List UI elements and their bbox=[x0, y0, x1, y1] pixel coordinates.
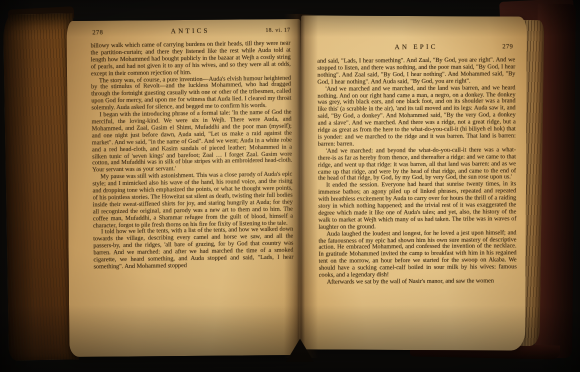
running-head-right: AN EPIC bbox=[317, 43, 515, 51]
left-page-content: 278 ANTICS 18. vi. 17 billowy walk which… bbox=[90, 27, 293, 272]
left-page-header: 278 ANTICS 18. vi. 17 bbox=[90, 27, 290, 39]
paragraph: My pause was still with astonishment. Th… bbox=[92, 172, 293, 230]
paragraph: 'And we marched: and beyond the what-do-… bbox=[318, 147, 516, 183]
paragraph: I told how we left the tents, with a lis… bbox=[93, 227, 294, 271]
right-folio: 279 bbox=[502, 43, 513, 50]
chapter-date: 18. vi. 17 bbox=[265, 27, 290, 33]
paragraph: It ended the session. Everyone had heard… bbox=[318, 182, 516, 232]
left-page-text: billowy walk which came of carrying burd… bbox=[91, 41, 294, 272]
running-head-left: ANTICS bbox=[90, 27, 290, 37]
paragraph: I began with the introducing phrase of a… bbox=[91, 110, 292, 175]
paragraph: billowy walk which came of carrying burd… bbox=[91, 41, 291, 78]
right-page-header: AN EPIC 279 bbox=[317, 43, 515, 53]
right-page-text: and said, "Lads, I hear something". And … bbox=[317, 57, 517, 286]
right-page-content: AN EPIC 279 and said, "Lads, I hear some… bbox=[317, 43, 517, 286]
book-photograph: 278 ANTICS 18. vi. 17 billowy walk which… bbox=[0, 0, 580, 372]
paragraph: The story was, of course, a pure inventi… bbox=[91, 75, 291, 112]
paragraph: Afterwards we sat by the wall of Nasir's… bbox=[319, 278, 517, 286]
paragraph: and said, "Lads, I hear something". And … bbox=[317, 57, 515, 86]
paragraph: Auda laughed the loudest and longest, fo… bbox=[318, 230, 516, 280]
paragraph: 'And we marched and we marched, and the … bbox=[317, 85, 515, 149]
